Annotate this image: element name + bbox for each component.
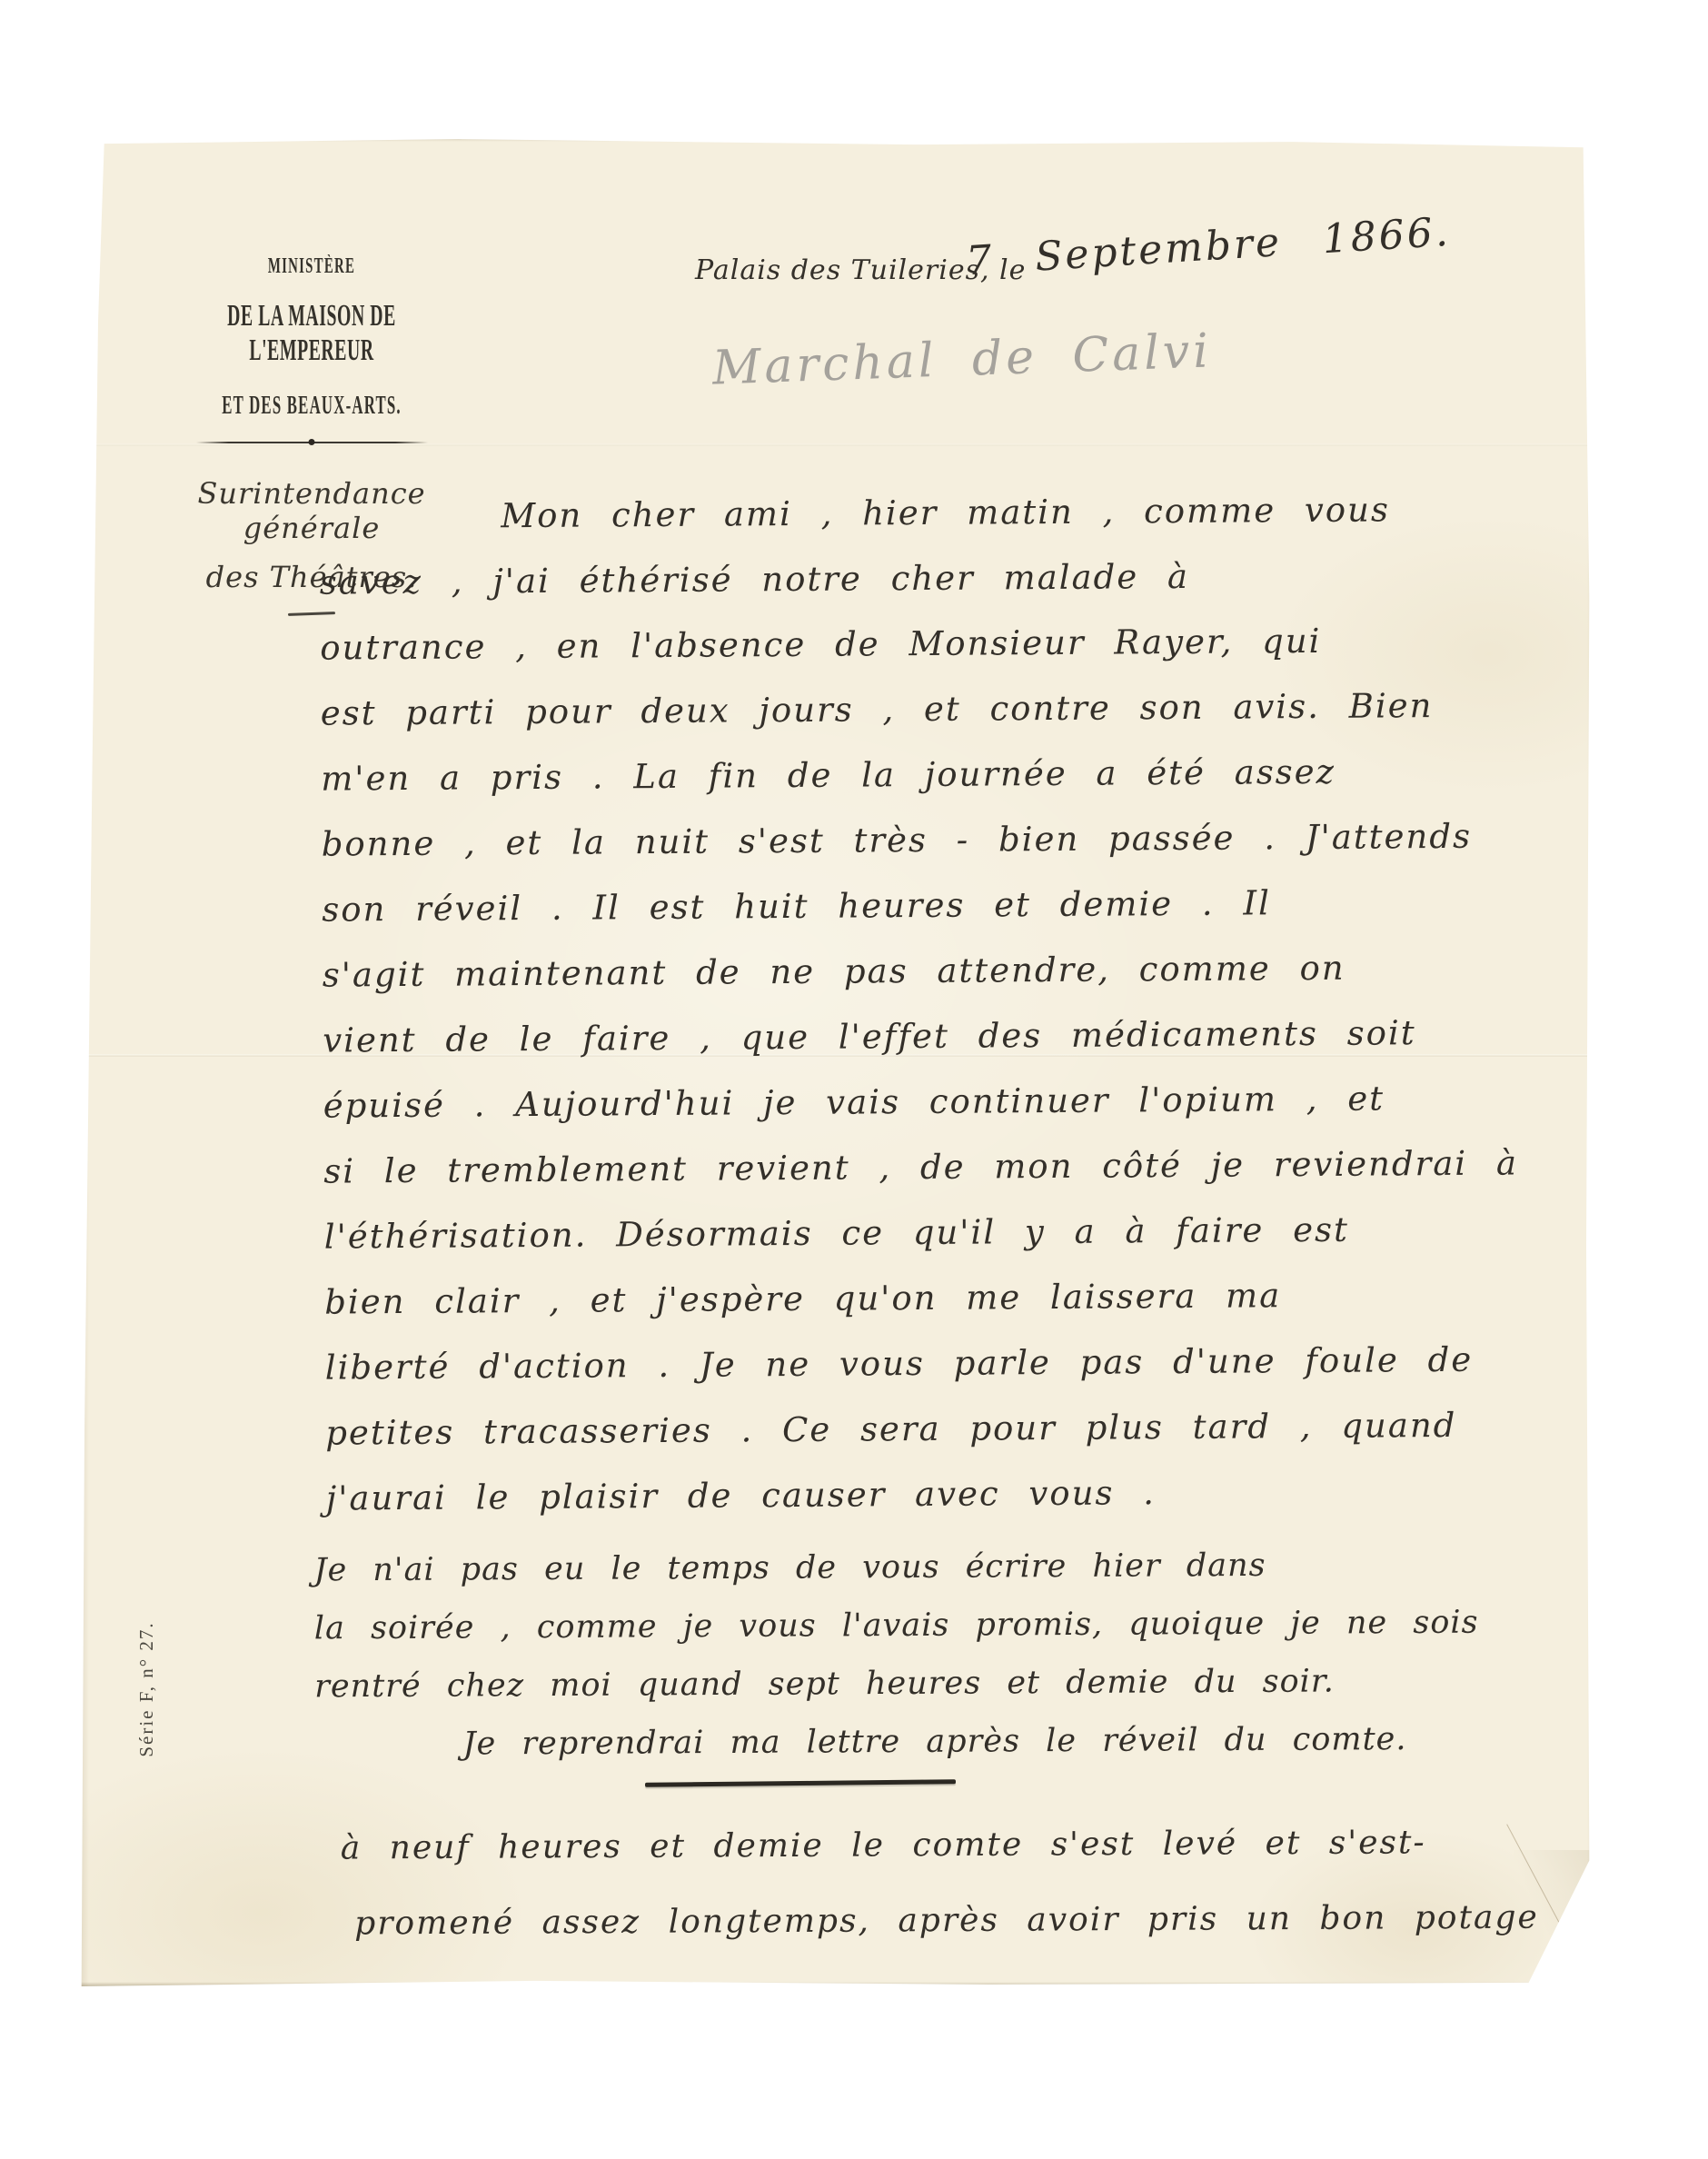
handwritten-line: bonne , et la nuit s'est très - bien pas… xyxy=(322,803,1516,877)
letter-body-paragraph-1: Mon cher ami , hier matin , comme vous s… xyxy=(319,476,1521,1531)
handwritten-line: épuisé . Aujourd'hui je vais continuer l… xyxy=(323,1065,1518,1139)
handwritten-line: promené assez longtemps, après avoir pri… xyxy=(354,1879,1579,1961)
ministry-line-2: DE LA MAISON DE L'EMPEREUR xyxy=(214,299,410,368)
handwritten-line: m'en a pris . La fin de la journée a été… xyxy=(321,738,1515,811)
ministry-line-1: MINISTÈRE xyxy=(207,254,415,279)
handwritten-line: outrance , en l'absence de Monsieur Raye… xyxy=(320,607,1514,681)
handwritten-line: liberté d'action . Je ne vous parle pas … xyxy=(325,1327,1520,1400)
handwritten-line: si le tremblement revient , de mon côté … xyxy=(323,1130,1518,1204)
handwritten-line: s'agit maintenant de ne pas attendre, co… xyxy=(323,934,1517,1008)
handwritten-date: 7 Septembre 1866. xyxy=(965,209,1452,285)
handwritten-line: la soirée , comme je vous l'avais promis… xyxy=(314,1594,1479,1658)
handwritten-line: à neuf heures et demie le comte s'est le… xyxy=(341,1804,1579,1885)
letter-body-postscript: à neuf heures et demie le comte s'est le… xyxy=(341,1804,1579,1961)
handwritten-line: vient de le faire , que l'effet des médi… xyxy=(323,1000,1517,1073)
handwritten-separator-rule xyxy=(645,1779,956,1787)
handwritten-line: bien clair , et j'espère qu'on me laisse… xyxy=(324,1261,1519,1335)
handwritten-line: savez , j'ai éthérisé notre cher malade … xyxy=(319,542,1514,615)
handwritten-line: j'aurai le plaisir de causer avec vous . xyxy=(326,1458,1521,1531)
handwritten-line: rentré chez moi quand sept heures et dem… xyxy=(314,1652,1479,1716)
handwritten-line: son réveil . Il est huit heures et demie… xyxy=(322,869,1516,942)
letter-body-paragraph-2: Je n'ai pas eu le temps de vous écrire h… xyxy=(313,1536,1479,1775)
ornament-divider xyxy=(196,439,428,447)
letter-sheet: MINISTÈRE DE LA MAISON DE L'EMPEREUR ET … xyxy=(80,136,1595,1986)
handwritten-line: l'éthérisation. Désormais ce qu'il y a à… xyxy=(324,1196,1519,1269)
handwritten-line: est parti pour deux jours , et contre so… xyxy=(321,672,1515,746)
handwritten-line: Je reprendrai ma lettre après le réveil … xyxy=(462,1710,1479,1774)
handwritten-line: Mon cher ami , hier matin , comme vous xyxy=(319,476,1514,550)
pencil-annotation: Marchal de Calvi xyxy=(711,323,1213,395)
handwritten-line: Je n'ai pas eu le temps de vous écrire h… xyxy=(313,1536,1478,1600)
handwritten-line: petites tracasseries . Ce sera pour plus… xyxy=(325,1392,1520,1466)
scan-background: MINISTÈRE DE LA MAISON DE L'EMPEREUR ET … xyxy=(0,0,1708,2159)
ministry-line-3: ET DES BEAUX-ARTS. xyxy=(211,392,412,421)
series-margin-note: Série F, n° 27. xyxy=(135,1585,161,1794)
corner-fold-shading xyxy=(1514,1850,1595,1986)
